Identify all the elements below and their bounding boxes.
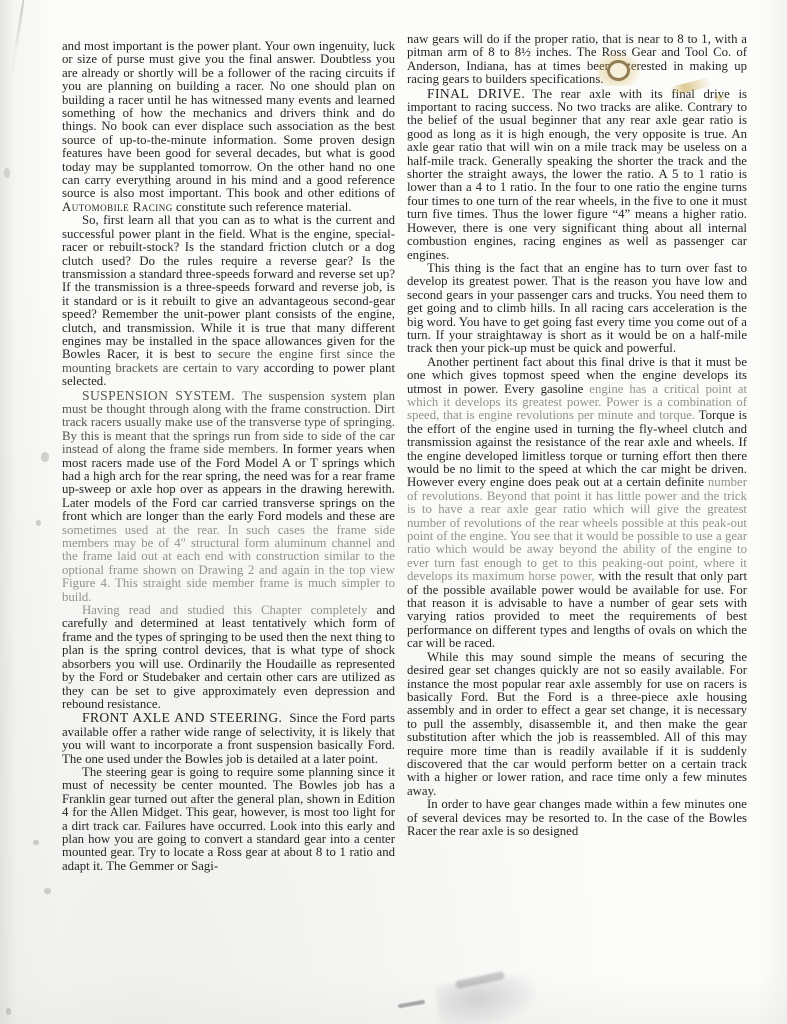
paragraph: FRONT AXLE AND STEERING.Since the Ford p… xyxy=(62,711,395,766)
margin-speck xyxy=(41,452,49,462)
paragraph: and most important is the power plant. Y… xyxy=(62,40,395,214)
scanned-page: and most important is the power plant. Y… xyxy=(0,0,787,1024)
section-heading: SUSPENSION SYSTEM. xyxy=(82,388,242,403)
paragraph: The steering gear is going to require so… xyxy=(62,766,395,873)
margin-speck xyxy=(44,888,51,894)
text-segment: sometimes used at the rear. In such case… xyxy=(62,523,395,604)
text-segment: and most important is the power plant. Y… xyxy=(62,39,395,200)
margin-speck xyxy=(4,168,10,178)
text-segment: and carefully and determined at least te… xyxy=(62,603,395,711)
text-segment: The rear axle with its final drive is im… xyxy=(407,87,747,262)
margin-speck xyxy=(33,840,39,845)
paper-stain-dot xyxy=(714,92,725,105)
paragraph: SUSPENSION SYSTEM.The suspension system … xyxy=(62,389,395,605)
text-segment: Automobile Racing xyxy=(62,200,173,214)
paragraph: Another pertinent fact about this final … xyxy=(407,356,747,651)
text-segment: constitute such reference material. xyxy=(173,200,352,214)
paragraph: naw gears will do if the proper ratio, t… xyxy=(407,33,747,87)
text-segment: number of revolutions. Beyond that point… xyxy=(407,475,747,583)
margin-speck xyxy=(6,1008,11,1015)
text-column-right: naw gears will do if the proper ratio, t… xyxy=(407,33,747,838)
paragraph: Having read and studied this Chapter com… xyxy=(62,604,395,711)
text-segment: The steering gear is going to require so… xyxy=(62,765,395,873)
text-segment: Having read and studied this Chapter com… xyxy=(82,603,377,617)
paper-stain-hole xyxy=(598,52,640,86)
paragraph: So, first learn all that you can as to w… xyxy=(62,214,395,388)
paragraph: While this may sound simple the means of… xyxy=(407,651,747,798)
margin-speck xyxy=(36,520,41,526)
paper-stain-hole-ring xyxy=(607,60,630,81)
text-segment: naw gears will do if the proper ratio, t… xyxy=(407,32,747,86)
pencil-mark xyxy=(398,1000,425,1009)
text-segment: So, first learn all that you can as to w… xyxy=(62,213,395,361)
text-segment: This thing is the fact that an engine ha… xyxy=(407,261,747,355)
paragraph: In order to have gear changes made withi… xyxy=(407,798,747,838)
section-heading: FRONT AXLE AND STEERING. xyxy=(82,710,289,725)
section-heading: FINAL DRIVE. xyxy=(427,86,532,101)
paragraph: This thing is the fact that an engine ha… xyxy=(407,262,747,356)
text-segment: In order to have gear changes made withi… xyxy=(407,797,747,838)
page-crease-mark xyxy=(9,0,26,82)
text-segment: While this may sound simple the means of… xyxy=(407,650,747,798)
paragraph: FINAL DRIVE.The rear axle with its final… xyxy=(407,87,747,262)
text-column-left: and most important is the power plant. Y… xyxy=(62,40,395,873)
